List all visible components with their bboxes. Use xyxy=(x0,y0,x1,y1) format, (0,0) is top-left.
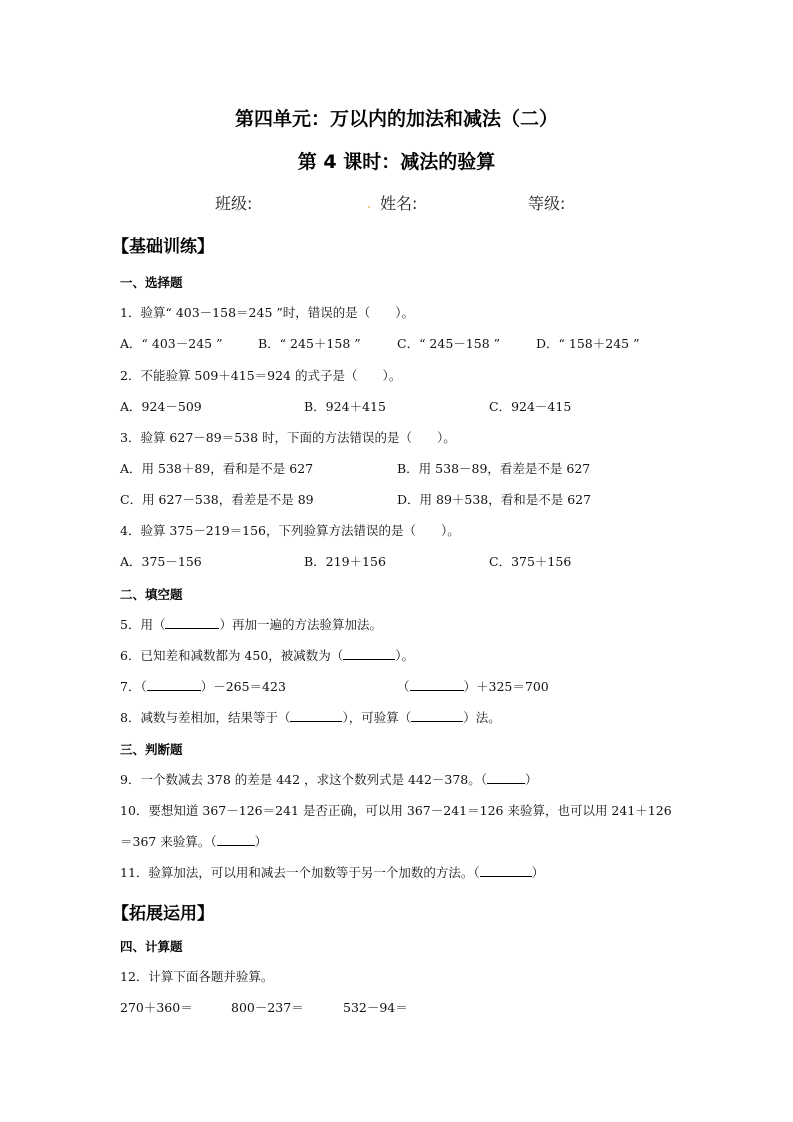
question-7a: 7．（）－265＝423 xyxy=(120,677,286,695)
name-label: 姓名: xyxy=(380,191,417,214)
question-8-post: ）法。 xyxy=(463,710,501,725)
stray-dot xyxy=(368,206,370,208)
question-12-item-1: 270＋360＝ xyxy=(120,998,193,1016)
question-6-pre: 6．已知差和减数都为 450，被减数为（ xyxy=(120,648,343,663)
question-5-post: ）再加一遍的方法验算加法。 xyxy=(219,617,382,632)
section-extend: 【拓展运用】 xyxy=(112,899,214,924)
answer-blank[interactable] xyxy=(480,864,532,877)
question-8: 8．减数与差相加，结果等于（），可验算（）法。 xyxy=(120,708,501,726)
question-8-pre: 8．减数与差相加，结果等于（ xyxy=(120,710,290,725)
grade-label: 等级: xyxy=(528,191,565,214)
class-label: 班级: xyxy=(215,191,252,214)
question-7b-pre: （ xyxy=(397,679,410,694)
question-10-post: ） xyxy=(255,834,268,849)
question-7a-pre: 7．（ xyxy=(120,679,147,694)
question-6: 6．已知差和减数都为 450，被减数为（）。 xyxy=(120,646,414,664)
subsection-fill: 二、填空题 xyxy=(120,585,183,603)
question-11: 11．验算加法，可以用和减去一个加数等于另一个加数的方法。（） xyxy=(120,863,544,881)
question-11-post: ） xyxy=(532,865,545,880)
question-1-option-a: A．“ 403－245 ” xyxy=(120,334,222,352)
question-10-line2: ＝367 来验算。（） xyxy=(120,832,267,850)
question-11-pre: 11．验算加法，可以用和减去一个加数等于另一个加数的方法。（ xyxy=(120,865,480,880)
question-9-pre: 9．一个数减去 378 的差是 442 ，求这个数列式是 442－378。（ xyxy=(120,772,487,787)
question-12-item-2: 800－237＝ xyxy=(231,998,304,1016)
question-3-option-b: B．用 538－89，看差是不是 627 xyxy=(397,459,590,477)
unit-title: 第四单元：万以内的加法和减法（二） xyxy=(0,104,793,131)
question-1-option-c: C．“ 245－158 ” xyxy=(397,334,500,352)
question-10-pre: ＝367 来验算。（ xyxy=(120,834,217,849)
question-3-option-c: C．用 627－538，看差是不是 89 xyxy=(120,490,314,508)
question-7a-post: ）－265＝423 xyxy=(201,679,286,694)
question-9-post: ） xyxy=(525,772,538,787)
question-2-option-a: A．924－509 xyxy=(120,397,202,415)
question-4-option-b: B．219＋156 xyxy=(304,552,386,570)
answer-blank[interactable] xyxy=(217,833,255,846)
section-basic: 【基础训练】 xyxy=(112,232,214,257)
question-4-option-a: A．375－156 xyxy=(120,552,202,570)
subsection-judge: 三、判断题 xyxy=(120,740,183,758)
question-7b: （）＋325＝700 xyxy=(397,677,549,695)
answer-blank[interactable] xyxy=(411,709,463,722)
question-4-stem: 4．验算 375－219＝156，下列验算方法错误的是（ ）。 xyxy=(120,521,460,539)
question-5-pre: 5．用（ xyxy=(120,617,165,632)
question-2-option-b: B．924＋415 xyxy=(304,397,386,415)
lesson-title: 第 4 课时：减法的验算 xyxy=(0,147,793,174)
question-1-stem: 1．验算“ 403－158＝245 ”时，错误的是（ ）。 xyxy=(120,303,414,321)
answer-blank[interactable] xyxy=(165,616,219,629)
question-1-option-d: D．“ 158＋245 ” xyxy=(536,334,639,352)
question-3-option-a: A．用 538＋89，看和是不是 627 xyxy=(120,459,313,477)
question-9: 9．一个数减去 378 的差是 442 ，求这个数列式是 442－378。（） xyxy=(120,770,538,788)
answer-blank[interactable] xyxy=(147,678,201,691)
answer-blank[interactable] xyxy=(343,647,395,660)
question-12-stem: 12．计算下面各题并验算。 xyxy=(120,967,273,985)
question-7b-post: ）＋325＝700 xyxy=(464,679,549,694)
question-10-line1: 10．要想知道 367－126＝241 是否正确，可以用 367－241＝126… xyxy=(120,801,672,819)
subsection-choice: 一、选择题 xyxy=(120,273,183,291)
question-5: 5．用（）再加一遍的方法验算加法。 xyxy=(120,615,382,633)
question-2-option-c: C．924－415 xyxy=(489,397,571,415)
question-1-option-b: B．“ 245＋158 ” xyxy=(258,334,361,352)
question-3-option-d: D．用 89＋538，看和是不是 627 xyxy=(397,490,591,508)
question-4-option-c: C．375＋156 xyxy=(489,552,571,570)
question-6-post: ）。 xyxy=(395,648,414,663)
answer-blank[interactable] xyxy=(487,771,525,784)
answer-blank[interactable] xyxy=(410,678,464,691)
question-3-stem: 3．验算 627－89＝538 时，下面的方法错误的是（ ）。 xyxy=(120,428,456,446)
question-12-item-3: 532－94＝ xyxy=(343,998,408,1016)
answer-blank[interactable] xyxy=(290,709,342,722)
subsection-calc: 四、计算题 xyxy=(120,937,183,955)
question-8-mid: ），可验算（ xyxy=(342,710,411,725)
question-2-stem: 2．不能验算 509＋415＝924 的式子是（ ）。 xyxy=(120,366,401,384)
